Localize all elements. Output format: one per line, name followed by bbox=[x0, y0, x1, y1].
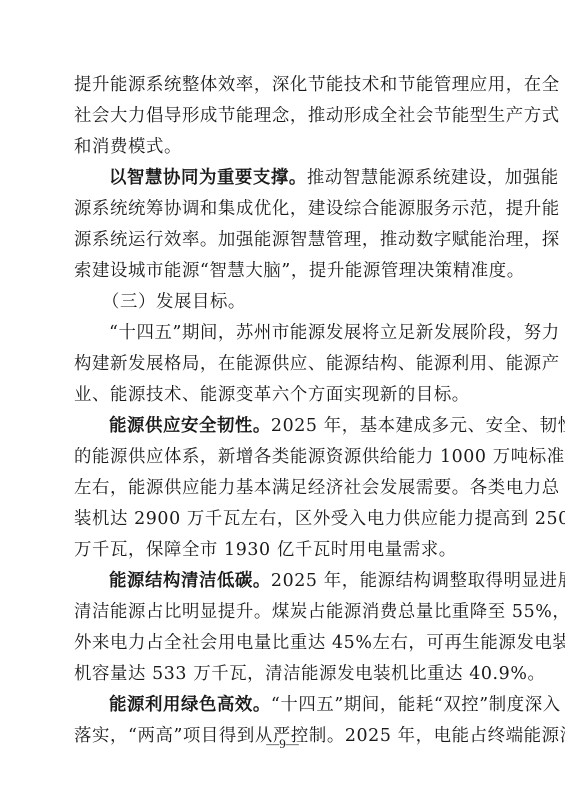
text-line: 外来电力占全社会用电量比重达 45%左右，可再生能源发电装 bbox=[74, 628, 490, 659]
text-line: 源系统运行效率。加强能源智慧管理，推动数字赋能治理，探 bbox=[74, 225, 490, 256]
text-span: 推动智慧能源系统建设，加强能 bbox=[307, 168, 559, 188]
page-number: —9— bbox=[0, 736, 565, 752]
text-span: 2025 年，基本建成多元、安全、韧性 bbox=[271, 416, 565, 436]
text-line: 构建新发展格局，在能源供应、能源结构、能源利用、能源产 bbox=[74, 349, 490, 380]
paragraph-first-line: 以智慧协同为重要支撑。推动智慧能源系统建设，加强能 bbox=[74, 163, 490, 194]
text-span: 2025 年，能源结构调整取得明显进展， bbox=[271, 571, 565, 591]
paragraph-heading: 能源结构清洁低碳。 bbox=[109, 571, 271, 591]
text-line: 提升能源系统整体效率，深化节能技术和节能管理应用，在全 bbox=[74, 70, 490, 101]
text-line: 业、能源技术、能源变革六个方面实现新的目标。 bbox=[74, 380, 490, 411]
paragraph-first-line: 能源利用绿色高效。“十四五”期间，能耗“双控”制度深入 bbox=[74, 690, 490, 721]
text-span: “十四五”期间，能耗“双控”制度深入 bbox=[271, 695, 561, 715]
text-line: 清洁能源占比明显提升。煤炭占能源消费总量比重降至 55%， bbox=[74, 597, 490, 628]
paragraph-first-line: 能源结构清洁低碳。2025 年，能源结构调整取得明显进展， bbox=[74, 566, 490, 597]
text-line: 机容量达 533 万千瓦，清洁能源发电装机比重达 40.9%。 bbox=[74, 659, 490, 690]
text-line: 索建设城市能源“智慧大脑”，提升能源管理决策精准度。 bbox=[74, 256, 490, 287]
document-page: 提升能源系统整体效率，深化节能技术和节能管理应用，在全 社会大力倡导形成节能理念… bbox=[74, 70, 490, 752]
text-line: 万千瓦，保障全市 1930 亿千瓦时用电量需求。 bbox=[74, 535, 490, 566]
text-line: “十四五”期间，苏州市能源发展将立足新发展阶段，努力 bbox=[74, 318, 490, 349]
text-line: 的能源供应体系，新增各类能源资源供给能力 1000 万吨标准煤 bbox=[74, 442, 490, 473]
paragraph-heading: 以智慧协同为重要支撑。 bbox=[109, 168, 307, 188]
text-line: 社会大力倡导形成节能理念，推动形成全社会节能型生产方式 bbox=[74, 101, 490, 132]
text-line: 左右，能源供应能力基本满足经济社会发展需要。各类电力总 bbox=[74, 473, 490, 504]
text-line: 源系统统筹协调和集成优化，建设综合能源服务示范，提升能 bbox=[74, 194, 490, 225]
text-line: 和消费模式。 bbox=[74, 132, 490, 163]
text-line: 装机达 2900 万千瓦左右，区外受入电力供应能力提高到 2500 bbox=[74, 504, 490, 535]
section-heading: （三）发展目标。 bbox=[74, 287, 490, 318]
paragraph-heading: 能源利用绿色高效。 bbox=[109, 695, 271, 715]
paragraph-heading: 能源供应安全韧性。 bbox=[109, 416, 271, 436]
paragraph-first-line: 能源供应安全韧性。2025 年，基本建成多元、安全、韧性 bbox=[74, 411, 490, 442]
